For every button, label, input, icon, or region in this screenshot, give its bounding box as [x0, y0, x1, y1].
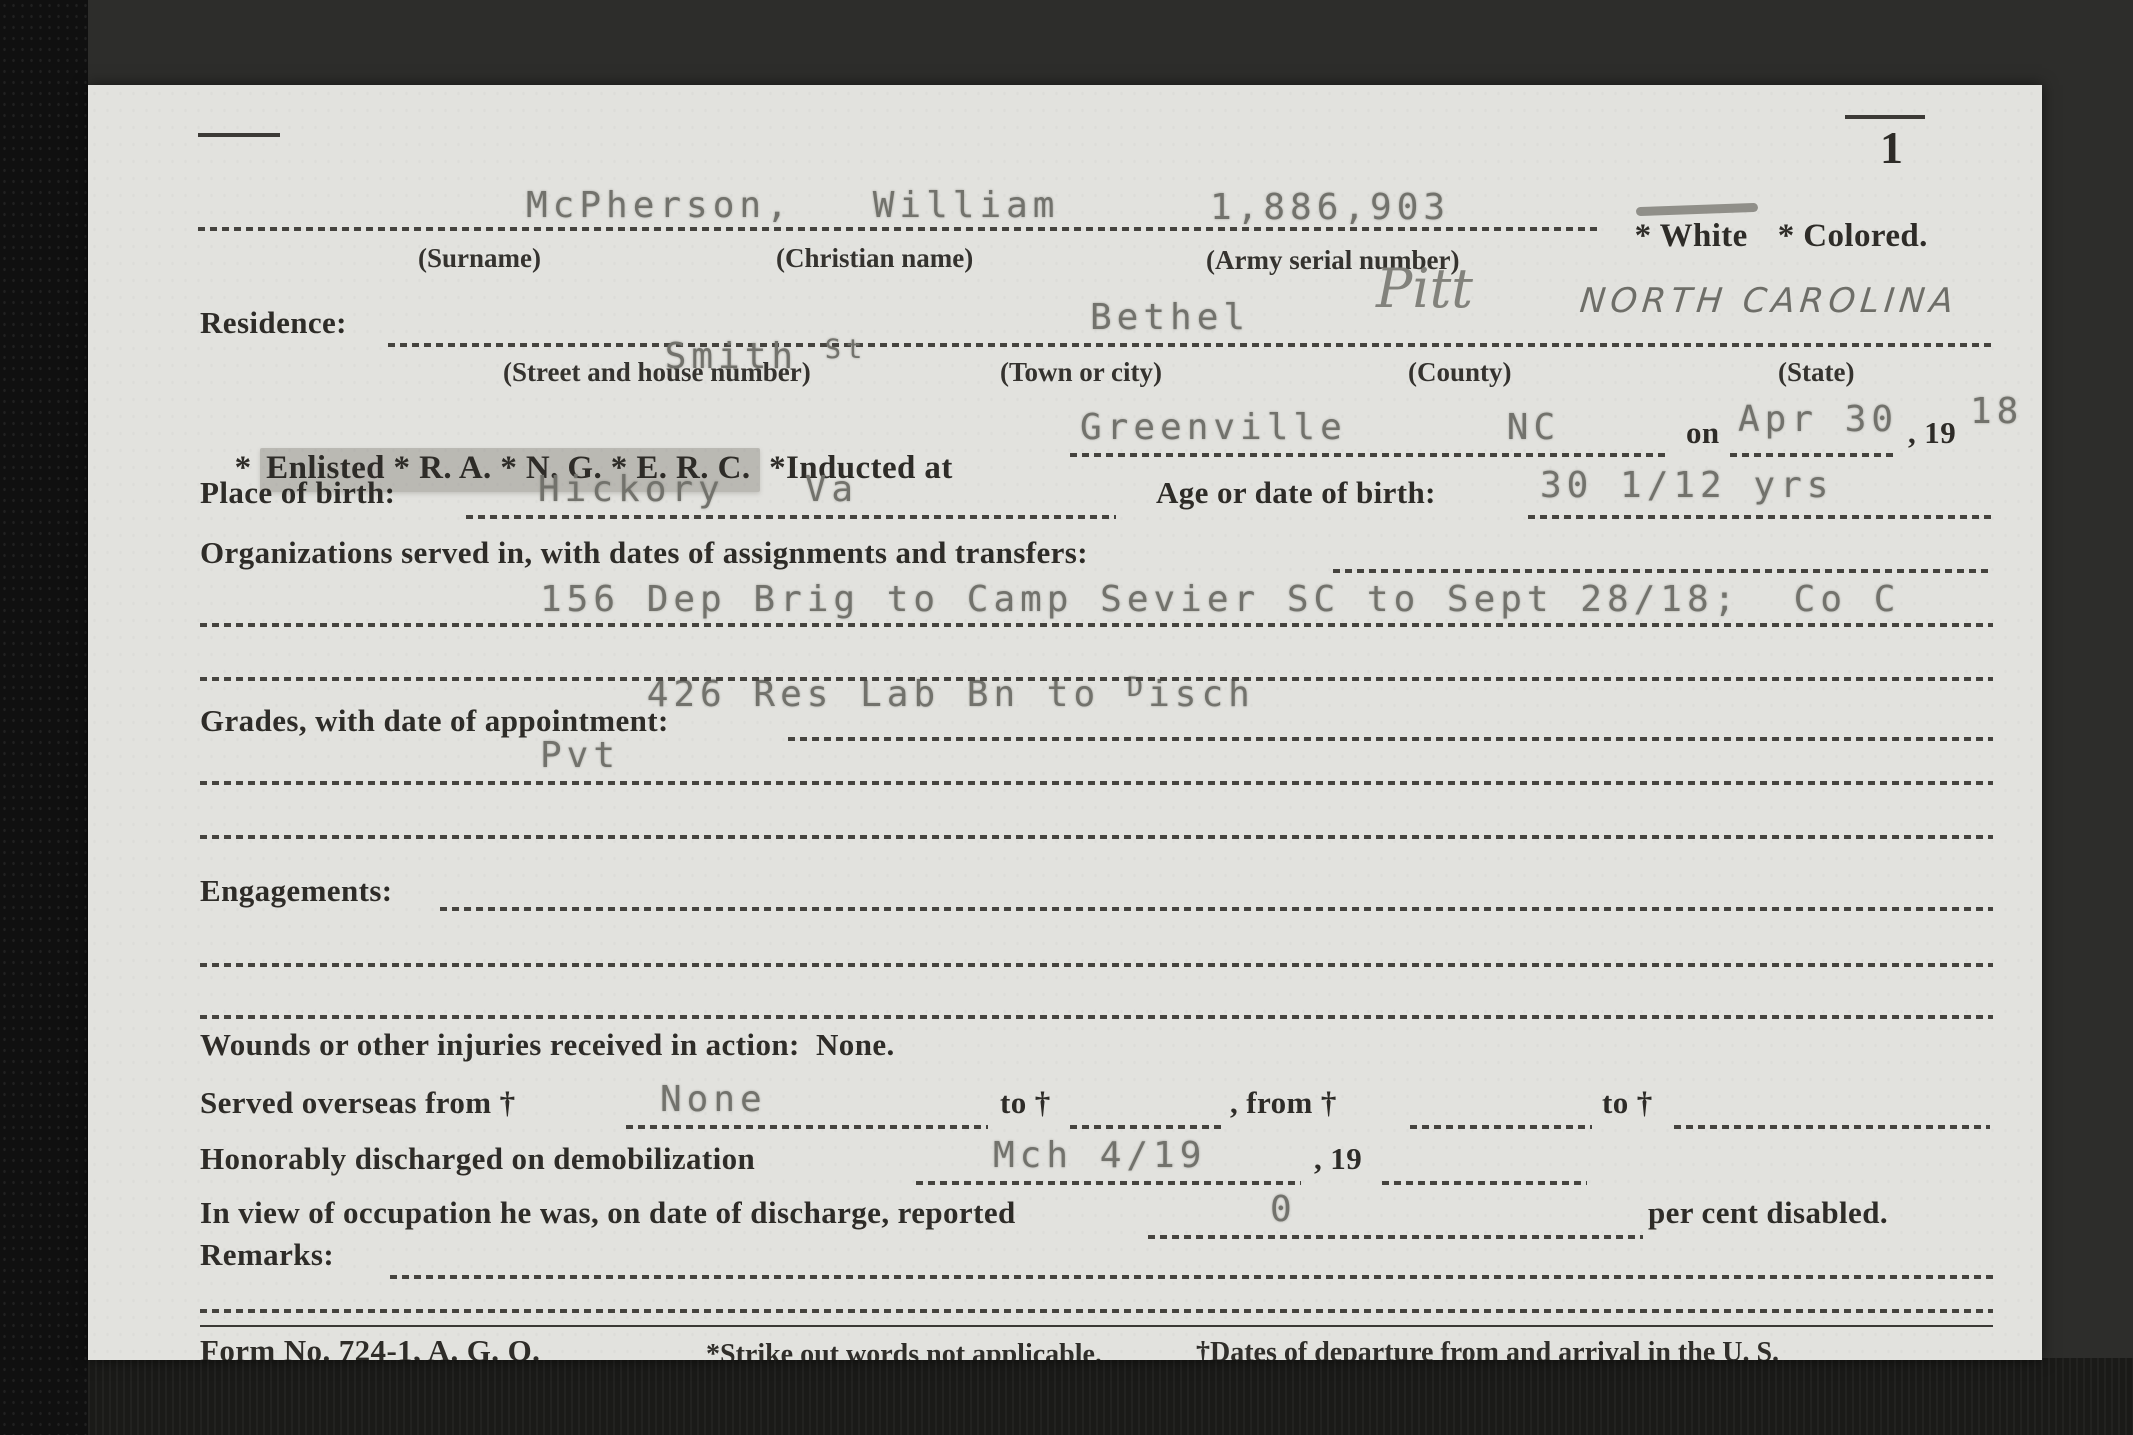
race-labels: * White* Colored.	[1600, 181, 1928, 292]
overseas-to-label: to †	[1000, 1085, 1051, 1121]
organizations-rule-1	[200, 623, 1993, 627]
organizations-rule-0	[1333, 569, 1993, 573]
discharge-label: Honorably discharged on demobilization	[200, 1141, 755, 1177]
overseas-rule-1	[1070, 1125, 1225, 1129]
remarks-rule-1	[200, 1309, 1993, 1313]
overseas-to2-label: to †	[1602, 1085, 1653, 1121]
overseas-from-value: None	[660, 1079, 767, 1120]
service-record-card: 1 McPherson, William 1,886,903 * White* …	[88, 85, 2042, 1360]
organizations-line1: 156 Dep Brig to Camp Sevier SC to Sept 2…	[540, 579, 1900, 620]
scan-edge-left	[0, 0, 88, 1435]
name-rule	[198, 227, 1598, 231]
disability-value: 0	[1270, 1189, 1297, 1230]
discharge-rule-0	[916, 1181, 1301, 1185]
wounds-text: Wounds or other injuries received in act…	[200, 1027, 895, 1063]
county-caption: (County)	[1408, 357, 1512, 388]
overseas-from2-label: , from †	[1230, 1085, 1337, 1121]
place-of-birth-rule	[466, 515, 1116, 519]
top-left-mark	[198, 133, 280, 137]
footer-note-dates: †Dates of departure from and arrival in …	[1196, 1337, 1779, 1360]
engagements-rule-0	[440, 907, 1993, 911]
street-sup: St	[825, 334, 868, 365]
discharge-rule-1	[1382, 1181, 1587, 1185]
race-white-label: * White	[1635, 218, 1748, 255]
state-value: NORTH CAROLINA	[1578, 281, 1960, 321]
discharge-year-prefix: , 19	[1314, 1141, 1362, 1177]
grade-value: Pvt	[540, 735, 620, 776]
grades-rule-0	[788, 737, 1993, 741]
remarks-rule-0	[390, 1275, 1993, 1279]
organizations-label: Organizations served in, with dates of a…	[200, 535, 1088, 571]
induction-place-rule	[1070, 453, 1670, 457]
county-value: Pitt	[1376, 257, 1473, 320]
organizations-rule-2	[200, 677, 1993, 681]
engagements-rule-1	[200, 963, 1993, 967]
page-number: 1	[1880, 121, 1903, 174]
induction-year-value: 18	[1970, 391, 2023, 432]
year-prefix-label: , 19	[1908, 415, 1956, 451]
town-value: Bethel	[1090, 297, 1250, 338]
on-label: on	[1686, 415, 1720, 451]
place-of-birth-value: Hickory Va	[538, 469, 858, 510]
disability-rule	[1148, 1235, 1643, 1239]
race-colored-label: * Colored.	[1778, 218, 1928, 255]
overseas-rule-0	[626, 1125, 988, 1129]
state-caption: (State)	[1778, 357, 1854, 388]
engagements-rule-2	[200, 1015, 1993, 1019]
footer-divider	[200, 1325, 1993, 1327]
footer-note-strike: *Strike out words not applicable.	[706, 1339, 1102, 1360]
residence-label: Residence:	[200, 305, 347, 341]
induction-date-value: Apr 30	[1738, 399, 1898, 440]
age-rule	[1528, 515, 1993, 519]
overseas-rule-3	[1674, 1125, 1990, 1129]
street-caption: (Street and house number)	[503, 357, 811, 388]
scan-edge-bottom	[88, 1358, 2133, 1435]
engagements-label: Engagements:	[200, 873, 393, 909]
form-number: Form No. 724-1, A. G. O.	[200, 1333, 540, 1360]
serial-number-value: 1,886,903	[1210, 187, 1450, 228]
overseas-from-label: Served overseas from †	[200, 1085, 516, 1121]
grades-rule-2	[200, 835, 1993, 839]
christian-name-caption: (Christian name)	[776, 243, 973, 274]
induction-date-rule	[1730, 453, 1895, 457]
town-caption: (Town or city)	[1000, 357, 1162, 388]
age-value: 30 1/12 yrs	[1540, 465, 1833, 506]
age-label: Age or date of birth:	[1156, 475, 1436, 511]
grades-rule-1	[200, 781, 1993, 785]
surname-caption: (Surname)	[418, 243, 541, 274]
disability-label: In view of occupation he was, on date of…	[200, 1195, 1016, 1231]
page-number-overline	[1845, 115, 1925, 119]
place-of-birth-label: Place of birth:	[200, 475, 395, 511]
grades-label: Grades, with date of appointment:	[200, 703, 669, 739]
induction-place-value: Greenville NC	[1080, 407, 1560, 448]
name-value: McPherson, William	[526, 185, 1059, 226]
remarks-label: Remarks:	[200, 1237, 334, 1273]
overseas-rule-2	[1410, 1125, 1592, 1129]
discharge-date-value: Mch 4/19	[993, 1135, 1206, 1176]
disability-suffix: per cent disabled.	[1648, 1195, 1888, 1231]
